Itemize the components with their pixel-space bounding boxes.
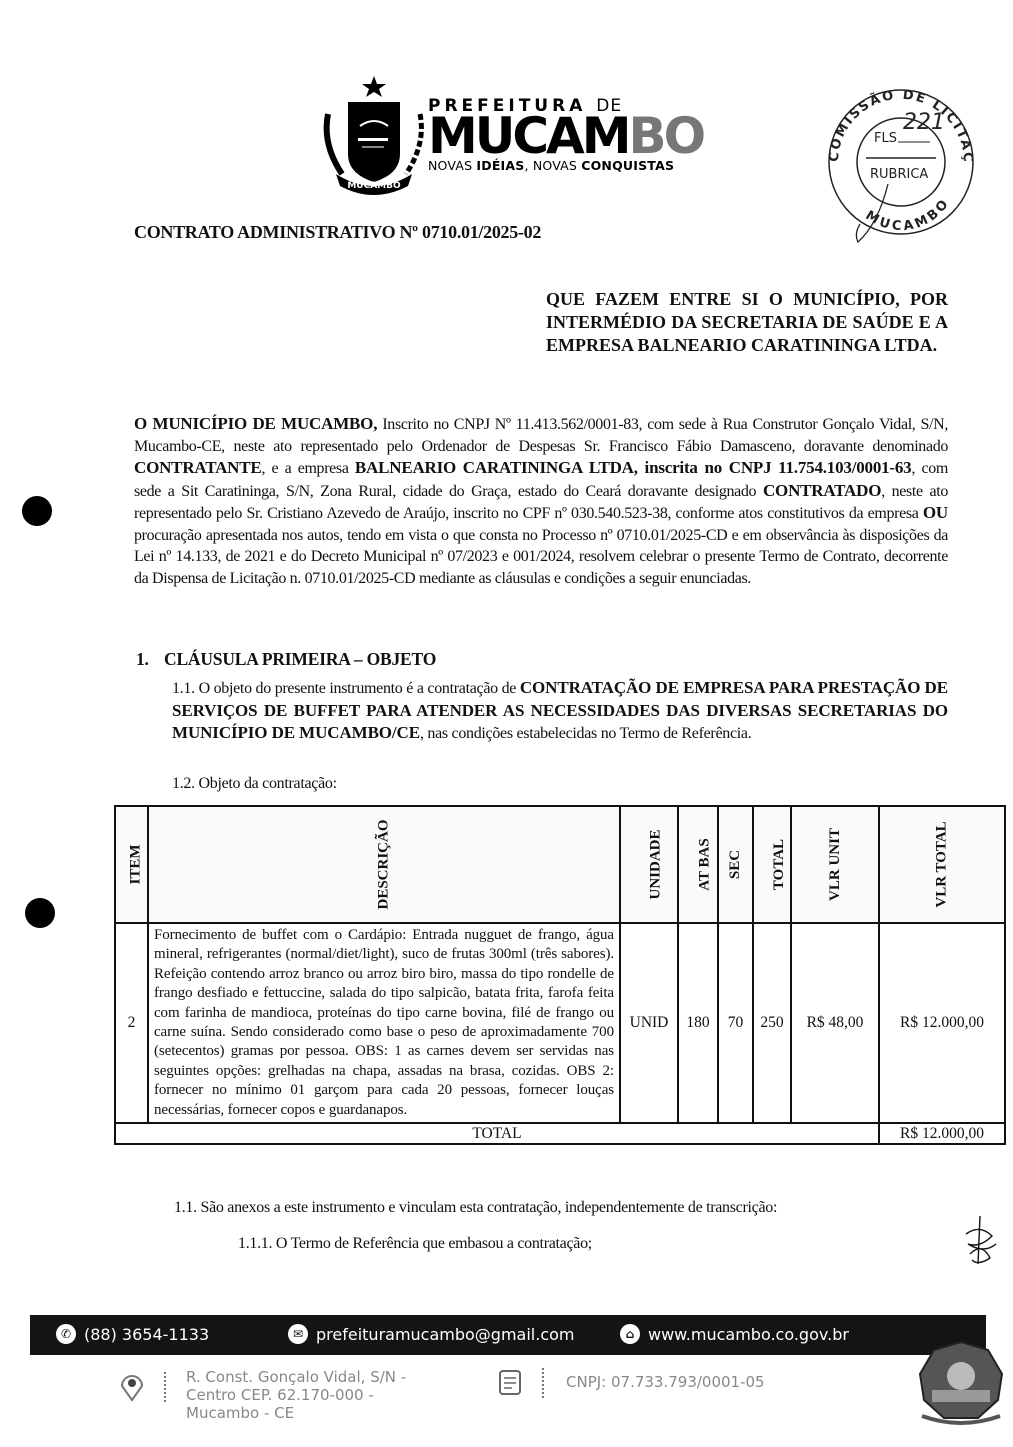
total-value: R$ 12.000,00 [879,1123,1005,1144]
contract-items-table: ITEM DESCRIÇÃO UNIDADE AT BAS SEC TOTAL … [114,805,1006,1145]
footer-cnpj: CNPJ: 07.733.793/0001-05 [566,1373,765,1391]
col-header-unidade: UNIDADE [620,806,678,923]
cell-item: 2 [115,923,148,1123]
cell-description: Fornecimento de buffet com o Cardápio: E… [148,923,620,1123]
cell-unidade: UNID [620,923,678,1123]
punch-hole [25,898,55,928]
col-header-descricao: DESCRIÇÃO [148,806,620,923]
col-header-vlr-total: VLR TOTAL [879,806,1005,923]
brand-slogan: NOVAS IDÉIAS, NOVAS CONQUISTAS [428,158,703,173]
contract-preamble: QUE FAZEM ENTRE SI O MUNICÍPIO, POR INTE… [546,288,948,357]
parties-paragraph: O MUNICÍPIO DE MUCAMBO, Inscrito no CNPJ… [134,413,948,589]
svg-text:MUCAMBO: MUCAMBO [347,181,401,191]
annexes-intro: 1.1. São anexos a este instrumento e vin… [174,1199,777,1217]
col-header-vlr-unit: VLR UNIT [791,806,879,923]
footer-website[interactable]: ⌂ www.mucambo.co.gov.br [620,1324,849,1344]
prefeitura-logo: MUCAMBO PREFEITURA DE MUCAMBO NOVAS IDÉI… [318,74,718,196]
divider [164,1372,166,1404]
svg-text:FLS: FLS [874,131,897,146]
col-header-item: ITEM [115,806,148,923]
cell-at-bas: 180 [678,923,718,1123]
cell-vlr-total: R$ 12.000,00 [879,923,1005,1123]
table-total-row: TOTAL R$ 12.000,00 [115,1123,1005,1144]
mail-icon: ✉ [288,1324,308,1344]
col-header-total: TOTAL [753,806,791,923]
clause-1-1: 1.1. O objeto do presente instrumento é … [172,677,948,745]
home-icon: ⌂ [620,1324,640,1344]
municipal-seal-icon [916,1338,1006,1430]
contract-title: CONTRATO ADMINISTRATIVO Nº 0710.01/2025-… [134,222,541,243]
document-icon [498,1368,524,1396]
table-row: 2 Fornecimento de buffet com o Cardápio:… [115,923,1005,1123]
location-pin-icon [118,1372,146,1402]
clause-1-2: 1.2. Objeto da contratação: [172,775,337,793]
signature-initials-icon [958,1214,1002,1270]
annex-item-1: 1.1.1. O Termo de Referência que embasou… [238,1235,592,1253]
col-header-at-bas: AT BAS [678,806,718,923]
divider [542,1368,544,1398]
footer-contact-bar: ✆ (88) 3654-1133 ✉ prefeituramucambo@gma… [30,1315,986,1355]
table-header-row: ITEM DESCRIÇÃO UNIDADE AT BAS SEC TOTAL … [115,806,1005,923]
punch-hole [22,496,52,526]
phone-icon: ✆ [56,1324,76,1344]
footer-phone: ✆ (88) 3654-1133 [56,1324,209,1344]
licitacao-stamp: COMISSÃO DE LICITAÇÃO MUCAMBO 221 FLS RU… [818,84,984,250]
svg-text:COMISSÃO DE LICITAÇÃO: COMISSÃO DE LICITAÇÃO [818,84,975,164]
municipal-crest-icon: MUCAMBO [318,74,430,196]
clause-heading: 1.CLÁUSULA PRIMEIRA – OBJETO [136,649,436,670]
cell-total: 250 [753,923,791,1123]
svg-text:RUBRICA: RUBRICA [870,167,928,182]
col-header-sec: SEC [718,806,753,923]
brand-name: MUCAMBO [428,114,703,158]
footer-email[interactable]: ✉ prefeituramucambo@gmail.com [288,1324,575,1344]
cell-sec: 70 [718,923,753,1123]
cell-vlr-unit: R$ 48,00 [791,923,879,1123]
svg-text:221: 221 [903,110,945,135]
total-label: TOTAL [115,1123,879,1144]
svg-text:MUCAMBO: MUCAMBO [863,195,954,234]
